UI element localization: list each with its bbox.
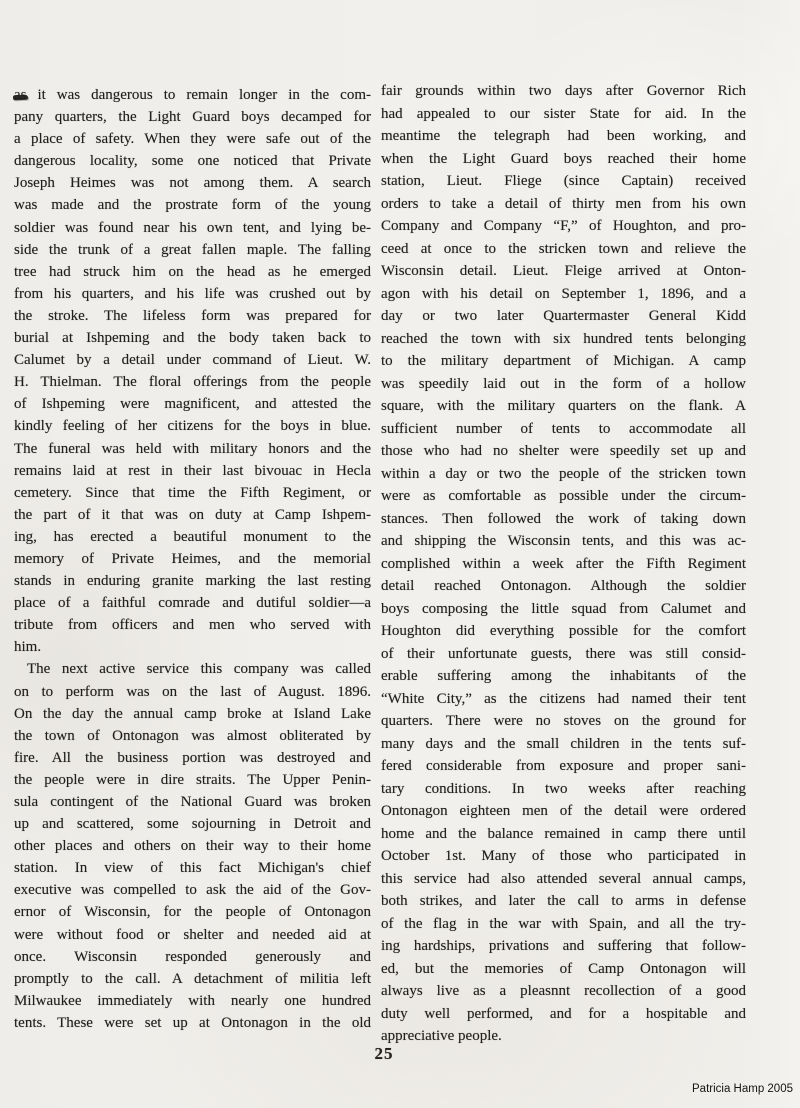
text-line: ing hardships, privations and suffering …: [381, 935, 746, 958]
text-line: always live as a pleasnnt recollection o…: [381, 980, 746, 1003]
text-line: sufficient number of tents to accommodat…: [381, 418, 746, 441]
text-line: were as comfortable as possible under th…: [381, 485, 746, 508]
text-line: memory of Private Heimes, and the memori…: [14, 548, 371, 570]
text-line: sula contingent of the National Guard wa…: [14, 791, 371, 813]
text-line: the part of it that was on duty at Camp …: [14, 504, 371, 526]
text-line: a place of safety. When they were safe o…: [14, 128, 371, 150]
text-line: many days and the small children in the …: [381, 733, 746, 756]
text-line: both strikes, and later the call to arms…: [381, 890, 746, 913]
text-line: ernor of Wisconsin, for the people of On…: [14, 901, 371, 923]
text-line: quarters. There were no stoves on the gr…: [381, 710, 746, 733]
text-line: place of a faithful comrade and dutiful …: [14, 592, 371, 614]
text-line: Calumet by a detail under command of Lie…: [14, 349, 371, 371]
text-line: fered considerable from exposure and pro…: [381, 755, 746, 778]
text-line: ceed at once to the stricken town and re…: [381, 238, 746, 261]
text-line: tary conditions. In two weeks after reac…: [381, 778, 746, 801]
text-line: Ontonagon eighteen men of the detail wer…: [381, 800, 746, 823]
text-line: once. Wisconsin responded generously and: [14, 946, 371, 968]
text-line: fire. All the business portion was destr…: [14, 747, 371, 769]
text-line: The next active service this company was…: [14, 658, 371, 680]
text-line: station. In view of this fact Michigan's…: [14, 857, 371, 879]
text-line: erable suffering among the inhabitants o…: [381, 665, 746, 688]
text-line: agon with his detail on September 1, 189…: [381, 283, 746, 306]
text-line: complished within a week after the Fifth…: [381, 553, 746, 576]
text-line: of their unfortunate guests, there was s…: [381, 643, 746, 666]
text-line: burial at Ishpeming and the body taken b…: [14, 327, 371, 349]
text-column-right: fair grounds within two days after Gover…: [381, 80, 746, 1048]
text-line: H. Thielman. The floral offerings from t…: [14, 371, 371, 393]
text-line: of Ishpeming were magnificent, and attes…: [14, 393, 371, 415]
text-line: dangerous locality, some one noticed tha…: [14, 150, 371, 172]
text-line: Houghton did everything possible for the…: [381, 620, 746, 643]
text-line: October 1st. Many of those who participa…: [381, 845, 746, 868]
text-line: tribute from officers and men who served…: [14, 614, 371, 636]
text-line: executive was compelled to ask the aid o…: [14, 879, 371, 901]
text-line: cemetery. Since that time the Fifth Regi…: [14, 482, 371, 504]
text-line: on to perform was on the last of August.…: [14, 681, 371, 703]
text-line: remains laid at rest in their last bivou…: [14, 460, 371, 482]
text-line: had appealed to our sister State for aid…: [381, 103, 746, 126]
text-line: square, with the military quarters on th…: [381, 395, 746, 418]
text-line: tree had struck him on the head as he em…: [14, 261, 371, 283]
text-line: meantime the telegraph had been working,…: [381, 125, 746, 148]
text-line: when the Light Guard boys reached their …: [381, 148, 746, 171]
text-line: fair grounds within two days after Gover…: [381, 80, 746, 103]
text-line: him.: [14, 636, 371, 658]
text-column-left: as it was dangerous to remain longer in …: [14, 84, 371, 1034]
text-line: day or two later Quartermaster General K…: [381, 305, 746, 328]
text-line: Joseph Heimes was not among them. A sear…: [14, 172, 371, 194]
text-line: Milwaukee immediately with nearly one hu…: [14, 990, 371, 1012]
text-line: ed, but the memories of Camp Ontonagon w…: [381, 958, 746, 981]
text-line: those who had no shelter were speedily s…: [381, 440, 746, 463]
text-line: and shipping the Wisconsin tents, and th…: [381, 530, 746, 553]
text-line: appreciative people.: [381, 1025, 746, 1048]
text-line: was speedily laid out in the form of a h…: [381, 373, 746, 396]
text-line: the town of Ontonagon was almost obliter…: [14, 725, 371, 747]
text-line: “White City,” as the citizens had named …: [381, 688, 746, 711]
text-line: of the flag in the war with Spain, and a…: [381, 913, 746, 936]
document-page: as it was dangerous to remain longer in …: [0, 0, 800, 1108]
text-line: orders to take a detail of thirty men fr…: [381, 193, 746, 216]
text-line: the stroke. The lifeless form was prepar…: [14, 305, 371, 327]
text-line: other places and others on their way to …: [14, 835, 371, 857]
text-line: the people were in dire straits. The Upp…: [14, 769, 371, 791]
text-line: On the day the annual camp broke at Isla…: [14, 703, 371, 725]
text-line: tents. These were set up at Ontonagon in…: [14, 1012, 371, 1034]
text-line: stances. Then followed the work of takin…: [381, 508, 746, 531]
text-line: Wisconsin detail. Lieut. Fleige arrived …: [381, 260, 746, 283]
text-line: Company and Company “F,” of Houghton, an…: [381, 215, 746, 238]
text-line: pany quarters, the Light Guard boys deca…: [14, 106, 371, 128]
text-line: The funeral was held with military honor…: [14, 438, 371, 460]
text-line: station, Lieut. Fliege (since Captain) r…: [381, 170, 746, 193]
text-line: from his quarters, and his life was crus…: [14, 283, 371, 305]
text-line: this service had also attended several a…: [381, 868, 746, 891]
watermark-credit: Patricia Hamp 2005: [692, 1083, 793, 1095]
text-line: ing, has erected a beautiful monument to…: [14, 526, 371, 548]
text-line: duty well performed, and for a hospitabl…: [381, 1003, 746, 1026]
text-line: detail reached Ontonagon. Although the s…: [381, 575, 746, 598]
text-line: up and scattered, some sojourning in Det…: [14, 813, 371, 835]
text-line: kindly feeling of her citizens for the b…: [14, 415, 371, 437]
text-line: home and the balance remained in camp th…: [381, 823, 746, 846]
text-line: promptly to the call. A detachment of mi…: [14, 968, 371, 990]
page-number: 25: [356, 1044, 412, 1064]
text-line: within a day or two the people of the st…: [381, 463, 746, 486]
text-line: was made and the prostrate form of the y…: [14, 194, 371, 216]
text-line: to the military department of Michigan. …: [381, 350, 746, 373]
text-line: boys composing the little squad from Cal…: [381, 598, 746, 621]
text-line: stands in enduring granite marking the l…: [14, 570, 371, 592]
text-line: were without food or shelter and needed …: [14, 924, 371, 946]
text-line: as it was dangerous to remain longer in …: [14, 84, 371, 106]
text-line: soldier was found near his own tent, and…: [14, 217, 371, 239]
text-line: reached the town with six hundred tents …: [381, 328, 746, 351]
text-line: side the trunk of a great fallen maple. …: [14, 239, 371, 261]
